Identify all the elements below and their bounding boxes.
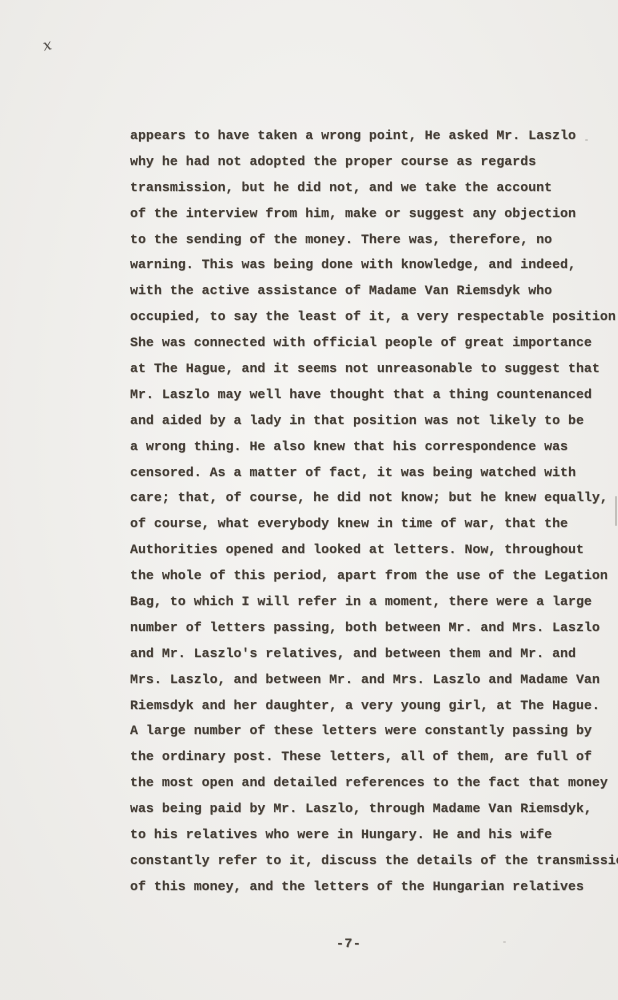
- text-line: number of letters passing, both between …: [130, 615, 618, 641]
- text-line: Bag, to which I will refer in a moment, …: [130, 589, 618, 615]
- text-line: at The Hague, and it seems not unreasona…: [130, 356, 618, 382]
- text-line: censored. As a matter of fact, it was be…: [130, 460, 618, 486]
- text-line: She was connected with official people o…: [130, 330, 618, 356]
- text-line: warning. This was being done with knowle…: [130, 252, 618, 278]
- scan-edge-artifact: [615, 496, 617, 526]
- text-line: why he had not adopted the proper course…: [130, 149, 618, 175]
- text-line: a wrong thing. He also knew that his cor…: [130, 434, 618, 460]
- text-line: and aided by a lady in that position was…: [130, 408, 618, 434]
- scan-speck: [585, 139, 588, 141]
- text-line: of the interview from him, make or sugge…: [130, 201, 618, 227]
- text-line: Riemsdyk and her daughter, a very young …: [130, 693, 618, 719]
- text-line: A large number of these letters were con…: [130, 718, 618, 744]
- text-line: and Mr. Laszlo's relatives, and between …: [130, 641, 618, 667]
- page-number: -7-: [336, 936, 361, 951]
- text-line: occupied, to say the least of it, a very…: [130, 304, 618, 330]
- text-line: to his relatives who were in Hungary. He…: [130, 822, 618, 848]
- text-line: with the active assistance of Madame Van…: [130, 278, 618, 304]
- text-line: Authorities opened and looked at letters…: [130, 537, 618, 563]
- text-line: Mrs. Laszlo, and between Mr. and Mrs. La…: [130, 667, 618, 693]
- handwritten-margin-mark: x: [41, 35, 53, 54]
- text-line: of course, what everybody knew in time o…: [130, 511, 618, 537]
- text-line: appears to have taken a wrong point, He …: [130, 123, 618, 149]
- text-line: of this money, and the letters of the Hu…: [130, 874, 618, 900]
- text-line: to the sending of the money. There was, …: [130, 227, 618, 253]
- text-line: constantly refer to it, discuss the deta…: [130, 848, 618, 874]
- scan-speck: [503, 941, 506, 943]
- text-line: transmission, but he did not, and we tak…: [130, 175, 618, 201]
- text-line: care; that, of course, he did not know; …: [130, 485, 618, 511]
- text-line: the ordinary post. These letters, all of…: [130, 744, 618, 770]
- text-line: was being paid by Mr. Laszlo, through Ma…: [130, 796, 618, 822]
- document-page: x appears to have taken a wrong point, H…: [0, 0, 618, 1000]
- text-line: the whole of this period, apart from the…: [130, 563, 618, 589]
- body-text: appears to have taken a wrong point, He …: [130, 123, 618, 900]
- text-line: the most open and detailed references to…: [130, 770, 618, 796]
- text-line: Mr. Laszlo may well have thought that a …: [130, 382, 618, 408]
